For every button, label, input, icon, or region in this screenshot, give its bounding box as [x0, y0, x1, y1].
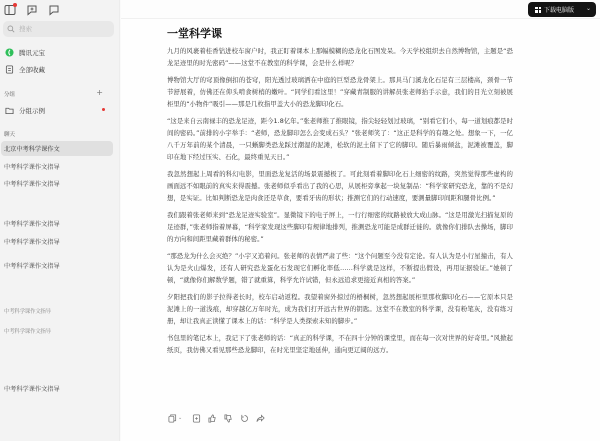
search-icon	[7, 25, 15, 33]
notification-dot	[13, 3, 17, 7]
chat-item[interactable]: 中考科学课作文指导	[1, 323, 113, 338]
main-content: 下载电脑版 ⌄ 一堂科学课 九月的风裹着桂香钻进校车窗户时，我正盯着课本上那幅模…	[121, 0, 600, 441]
sidebar-item-favorites[interactable]: 全部收藏	[3, 61, 114, 77]
sidebar-item-label: 全部收藏	[19, 65, 45, 74]
article-title: 一堂科学课	[167, 27, 513, 41]
chat-item-active[interactable]: 北京中考科学课作文	[1, 141, 113, 156]
group-item-example[interactable]: 分组示例	[3, 102, 114, 118]
article-paragraph: “这是来自云南禄丰的恐龙足迹，距今1.8亿年。”张老师推了推眼镜，指尖轻轻划过玻…	[167, 115, 513, 163]
article-paragraph: 博物馆大厅的穹顶像倒扣的苍穹，阳光透过玻璃洒在中庭的巨型恐龙骨架上。那具马门溪龙…	[167, 74, 513, 110]
sidebar-top-icons	[4, 4, 60, 18]
article-paragraph: 我们跟着张老师来到“恐龙足迹实验室”。显微镜下的电子屏上，一行行细密的纹路被放大…	[167, 209, 513, 245]
sidebar-item-yuanbao[interactable]: 腾讯元宝	[3, 44, 114, 60]
regenerate-icon[interactable]	[239, 413, 249, 423]
main-topbar: 下载电脑版 ⌄	[121, 0, 600, 19]
sidebar-toggle-icon[interactable]	[4, 4, 16, 16]
download-desktop-button[interactable]: 下载电脑版 ⌄	[528, 2, 596, 17]
article-paragraph: 夕阳把我们的影子拉得老长时，校车启动返程。我望着窗外掠过的梧桐树，忽然想起展柜里…	[167, 291, 513, 327]
search-input[interactable]	[19, 25, 109, 33]
message-actions: ⌄	[167, 413, 265, 423]
caret-down-icon[interactable]: ⌄	[178, 415, 182, 421]
chats-section-label: 聊天	[4, 130, 15, 138]
chat-item[interactable]: 中考科学课作文指导	[1, 234, 113, 249]
chat-item[interactable]: 中考科学课作文指导	[1, 303, 113, 318]
bookmark-icon	[4, 64, 14, 74]
share-icon[interactable]	[255, 413, 265, 423]
chat-item[interactable]: 中考科学课作文指导	[1, 381, 113, 396]
article-paragraph: “那恐龙为什么会灭绝？”小宇又追着问。张老师的表情严肃了些：“这个问题至今没有定…	[167, 250, 513, 286]
add-group-button[interactable]: +	[96, 89, 103, 97]
article-paragraph: 书包里的笔记本上，我记下了张老师的话：“真正的科学课，不在四十分钟的课堂里，而在…	[167, 332, 513, 356]
chevron-down-icon[interactable]: ⌄	[586, 5, 591, 12]
thumbs-down-icon[interactable]	[223, 413, 233, 423]
chat-item[interactable]: 中考科学课作文指导	[1, 159, 113, 174]
download-button-label: 下载电脑版	[544, 5, 574, 14]
chat-bubble-icon[interactable]	[48, 4, 60, 16]
sidebar-item-label: 腾讯元宝	[19, 48, 45, 57]
thumbs-up-icon[interactable]	[207, 413, 217, 423]
add-to-notes-icon[interactable]	[191, 413, 201, 423]
windows-icon	[535, 7, 541, 13]
chat-item[interactable]: 中考科学课作文指导	[1, 176, 113, 191]
copy-icon[interactable]	[167, 413, 177, 423]
search-box[interactable]	[3, 21, 114, 37]
chat-item[interactable]: 中考科学课作文指导	[1, 216, 113, 231]
article: 一堂科学课 九月的风裹着桂香钻进校车窗户时，我正盯着课本上那幅模糊的恐龙化石图发…	[167, 27, 513, 361]
sidebar: 腾讯元宝 全部收藏 分组 + 分组示例 聊天 北京中考科学课作文 中考科学课作文…	[0, 0, 120, 441]
article-paragraph: 九月的风裹着桂香钻进校车窗户时，我正盯着课本上那幅模糊的恐龙化石图发呆。今天学校…	[167, 45, 513, 69]
chat-item[interactable]: 中考科学课作文指导	[1, 258, 113, 273]
group-notification-dot	[102, 108, 105, 111]
group-item-label: 分组示例	[19, 106, 45, 115]
folder-icon	[4, 105, 14, 115]
new-chat-icon[interactable]	[26, 4, 38, 16]
yuanbao-logo-icon	[4, 47, 14, 57]
groups-section-label: 分组	[4, 90, 15, 98]
article-paragraph: 我忽然想起上周看的科幻电影，里面恐龙复活的场景震撼极了。可此刻看着脚印化石上细密…	[167, 168, 513, 204]
